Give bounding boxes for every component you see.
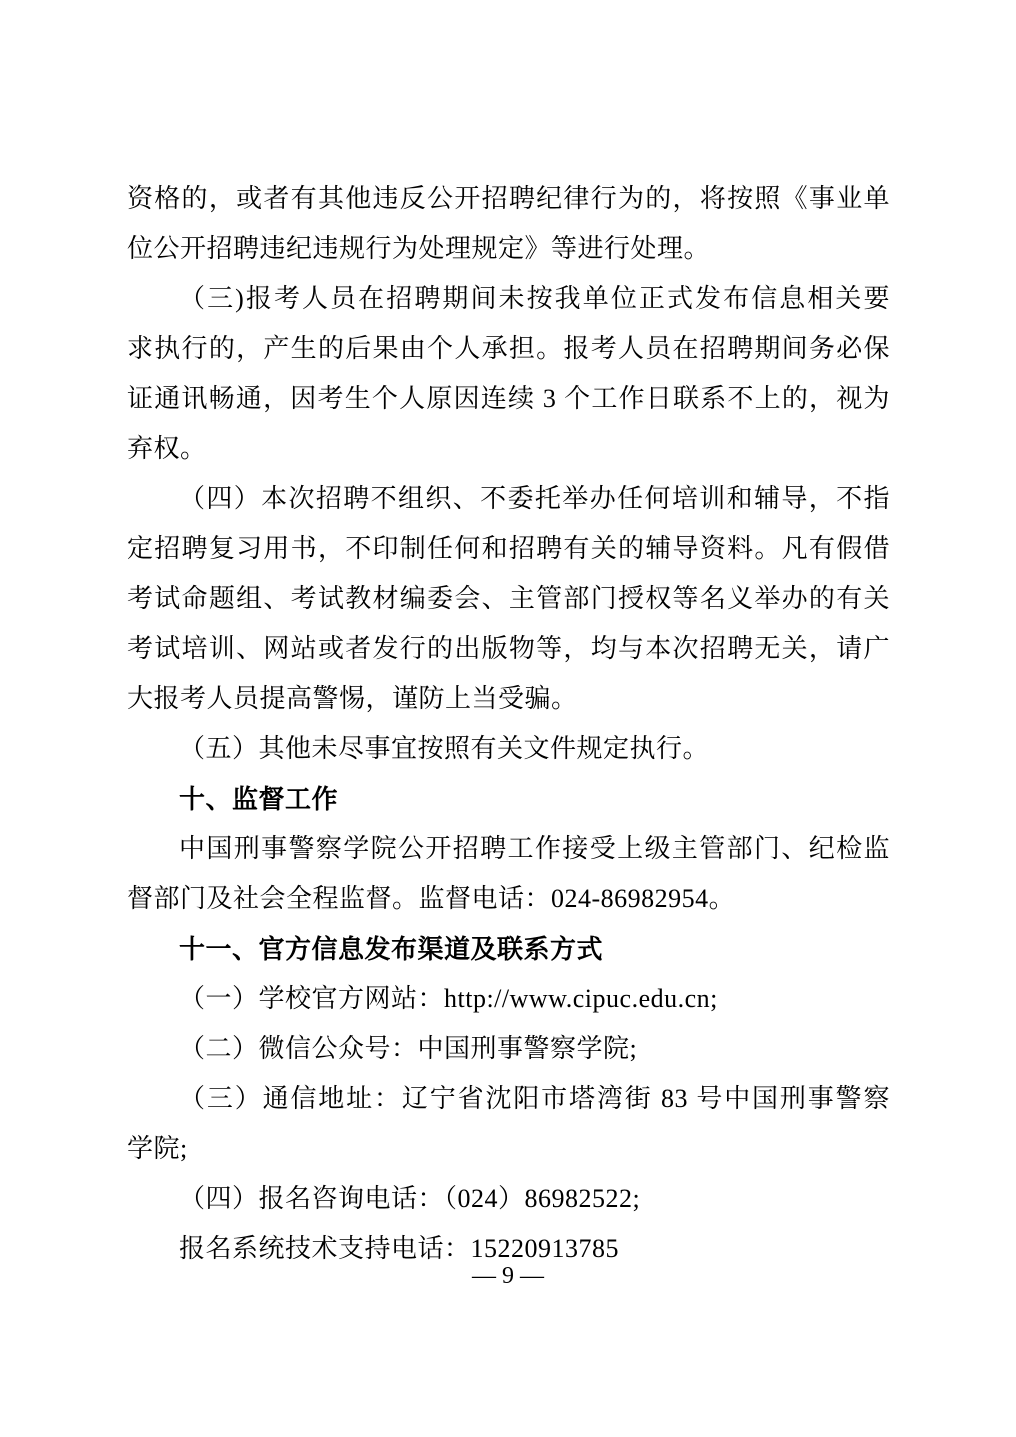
paragraph-line: （三）通信地址：辽宁省沈阳市塔湾街 83 号中国刑事警察 (127, 1074, 890, 1124)
paragraph-line: 弃权。 (127, 424, 890, 474)
paragraph-line: 学院; (127, 1124, 890, 1174)
section-heading: 十、监督工作 (127, 774, 890, 824)
paragraph-line: 资格的，或者有其他违反公开招聘纪律行为的，将按照《事业单 (127, 174, 890, 224)
paragraph-line: 位公开招聘违纪违规行为处理规定》等进行处理。 (127, 224, 890, 274)
document-body: 资格的，或者有其他违反公开招聘纪律行为的，将按照《事业单位公开招聘违纪违规行为处… (127, 174, 890, 1274)
paragraph-line: 考试培训、网站或者发行的出版物等，均与本次招聘无关，请广 (127, 624, 890, 674)
paragraph-line: 求执行的，产生的后果由个人承担。报考人员在招聘期间务必保 (127, 324, 890, 374)
paragraph-line: 考试命题组、考试教材编委会、主管部门授权等名义举办的有关 (127, 574, 890, 624)
paragraph-line: 定招聘复习用书，不印制任何和招聘有关的辅导资料。凡有假借 (127, 524, 890, 574)
document-page: 资格的，或者有其他违反公开招聘纪律行为的，将按照《事业单位公开招聘违纪违规行为处… (0, 0, 1016, 1437)
paragraph-line: （二）微信公众号：中国刑事警察学院; (127, 1024, 890, 1074)
paragraph-line: 中国刑事警察学院公开招聘工作接受上级主管部门、纪检监 (127, 824, 890, 874)
paragraph-line: 大报考人员提高警惕，谨防上当受骗。 (127, 674, 890, 724)
page-number: — 9 — (0, 1258, 1016, 1294)
section-heading: 十一、官方信息发布渠道及联系方式 (127, 924, 890, 974)
paragraph-line: （四）本次招聘不组织、不委托举办任何培训和辅导，不指 (127, 474, 890, 524)
paragraph-line: 督部门及社会全程监督。监督电话：024-86982954。 (127, 874, 890, 924)
paragraph-line: （一）学校官方网站：http://www.cipuc.edu.cn; (127, 974, 890, 1024)
paragraph-line: 证通讯畅通，因考生个人原因连续 3 个工作日联系不上的，视为 (127, 374, 890, 424)
paragraph-line: （五）其他未尽事宜按照有关文件规定执行。 (127, 724, 890, 774)
paragraph-line: （四）报名咨询电话：（024）86982522; (127, 1174, 890, 1224)
paragraph-line: （三)报考人员在招聘期间未按我单位正式发布信息相关要 (127, 274, 890, 324)
